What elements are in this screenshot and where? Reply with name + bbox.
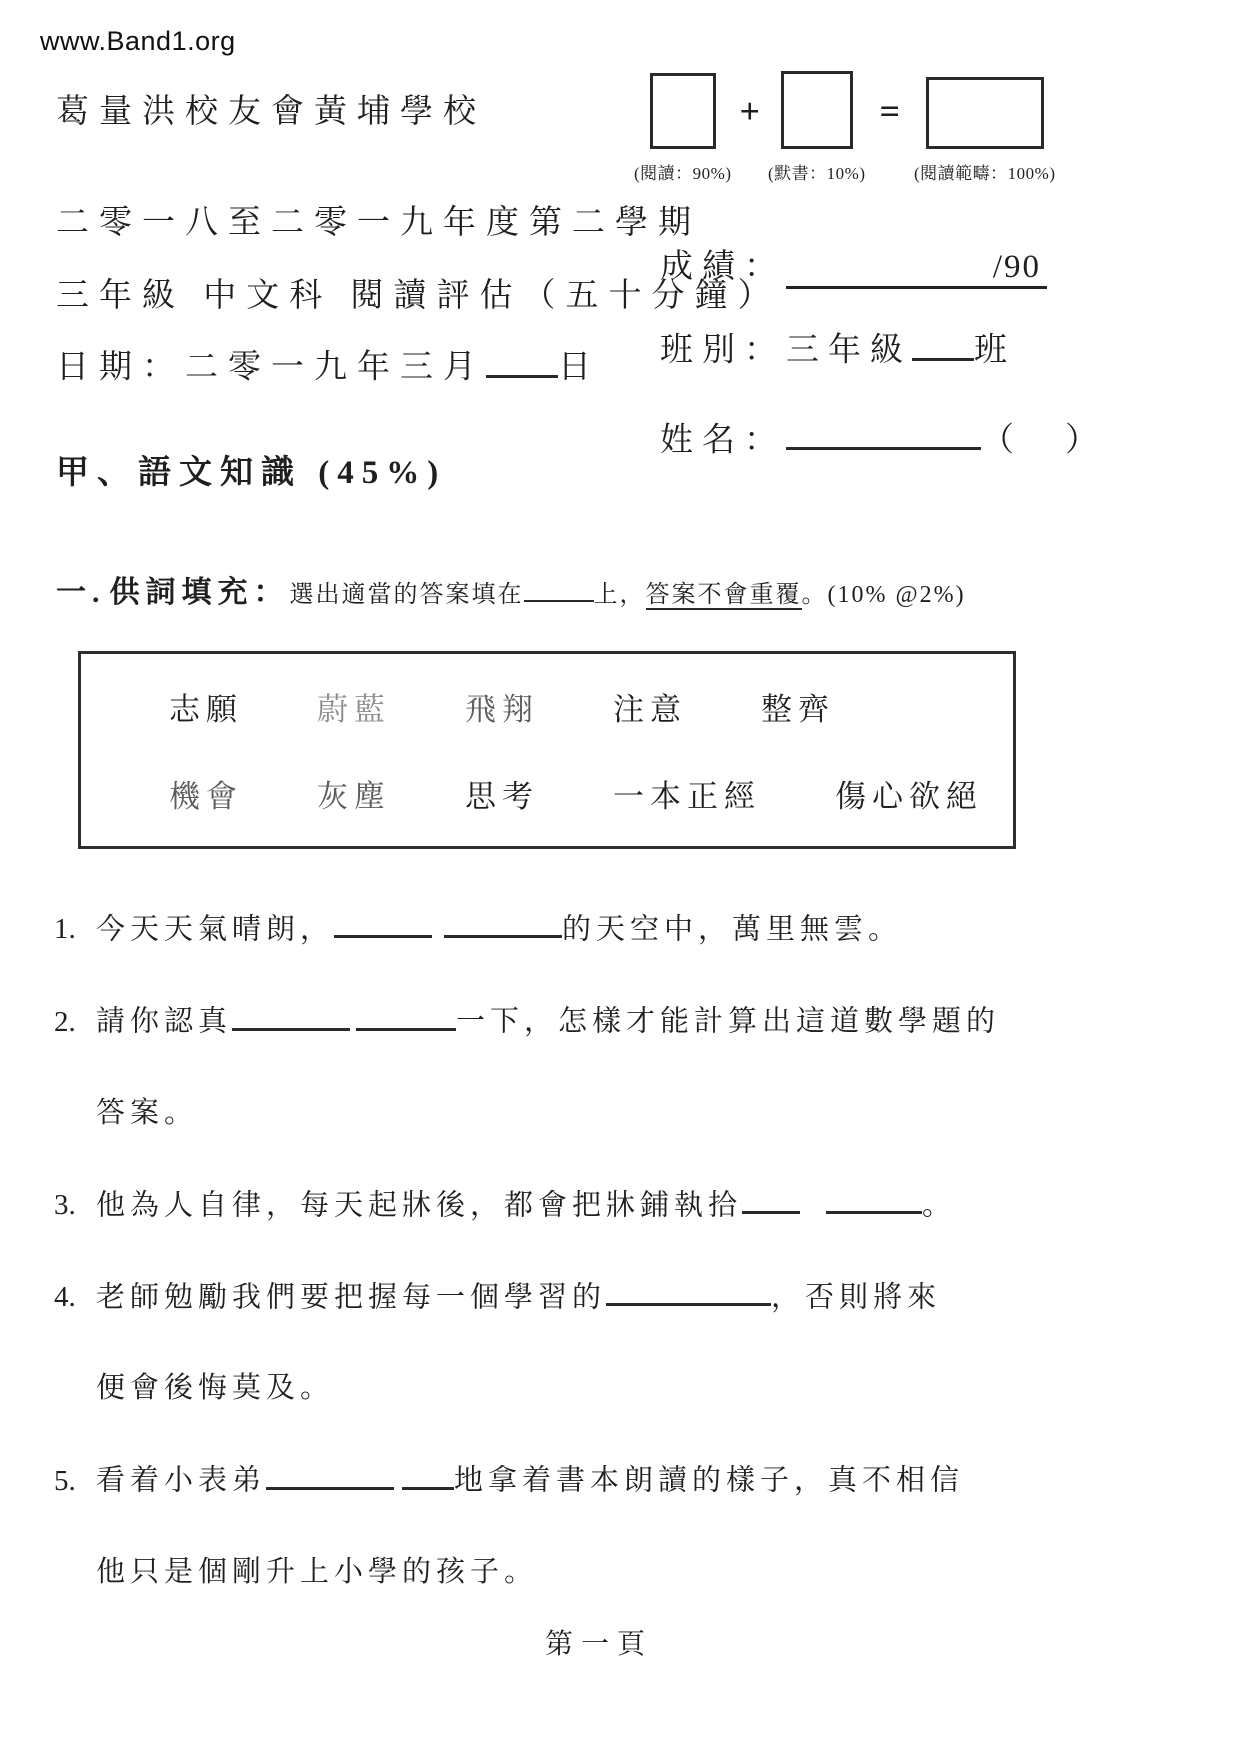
- word-bank-word: 蔚藍: [317, 684, 391, 729]
- score-field: 成績：/90: [660, 240, 1194, 289]
- name-field: 姓名：（ ）: [660, 413, 1194, 461]
- instruction-mid: 上，: [594, 582, 646, 608]
- word-bank-word: 志願: [169, 684, 243, 729]
- question-2-text: 請你認真: [96, 1006, 232, 1038]
- word-bank-word: 飛翔: [465, 684, 539, 729]
- date-suffix: 日: [558, 350, 601, 386]
- word-bank-word: 灰塵: [317, 771, 391, 816]
- question-4-continuation: 便會後悔莫及。: [96, 1365, 1200, 1406]
- name-label: 姓名：: [660, 422, 786, 458]
- score-boxes-row: (閱讀：90%) + (默書：10%) = (閱讀範疇：100%): [634, 71, 1194, 184]
- plus-sign: +: [739, 90, 760, 132]
- reading-score-label: (閱讀：90%): [634, 159, 731, 184]
- answer-blank: [742, 1181, 800, 1214]
- score-label: 成績：: [660, 249, 786, 285]
- question-5: 5.看着小表弟地拿着書本朗讀的樣子，真不相信: [54, 1456, 1200, 1498]
- question-4-text-post: ，否則將來: [771, 1281, 941, 1313]
- question-2: 2.請你認真一下，怎樣才能計算出這道數學題的: [54, 997, 1200, 1039]
- instruction-blank: [524, 583, 594, 602]
- question-2-number: 2.: [54, 1006, 96, 1039]
- question-2-continuation: 答案。: [96, 1090, 1200, 1131]
- answer-blank: [356, 997, 456, 1030]
- dictation-score-label: (默書：10%): [768, 159, 865, 184]
- date-blank: [486, 340, 558, 378]
- question-4-number: 4.: [54, 1281, 96, 1314]
- word-bank-row-2: 機會 灰塵 思考 一本正經 傷心欲絕: [169, 771, 993, 816]
- question-3-text-post: 。: [922, 1189, 956, 1221]
- answer-blank: [444, 905, 562, 938]
- answer-blank: [232, 997, 350, 1030]
- exam-paper-page: www.Band1.org 葛量洪校友會黃埔學校 二零一八至二零一九年度第二學期…: [0, 0, 1240, 1754]
- equals-sign: =: [879, 90, 900, 132]
- date-label: 日期：二零一九年三月: [56, 350, 486, 386]
- name-parens: （ ）: [981, 422, 1107, 458]
- reading-score-box: [650, 73, 716, 149]
- watermark-url: www.Band1.org: [40, 26, 1200, 57]
- question-5-text-post: 地拿着書本朗讀的樣子，真不相信: [454, 1465, 964, 1497]
- total-score-column: (閱讀範疇：100%): [914, 77, 1055, 184]
- question-3: 3.他為人自律，每天起牀後，都會把牀鋪執拾。: [54, 1181, 1200, 1223]
- class-blank: [912, 323, 974, 361]
- question-3-number: 3.: [54, 1189, 96, 1222]
- reading-score-column: (閱讀：90%): [634, 73, 731, 184]
- dictation-score-box: [781, 71, 853, 149]
- question-1-text: 今天天氣晴朗，: [96, 913, 334, 945]
- part-one-instruction: 一. 供詞填充：選出適當的答案填在上，答案不會重覆。(10% @2%): [56, 567, 1200, 611]
- question-4-text: 老師勉勵我們要把握每一個學習的: [96, 1281, 606, 1313]
- fill-in-questions: 1.今天天氣晴朗，的天空中，萬里無雲。 2.請你認真一下，怎樣才能計算出這道數學…: [54, 905, 1200, 1590]
- question-3-text: 他為人自律，每天起牀後，都會把牀鋪執拾: [96, 1189, 742, 1221]
- class-label: 班別：三年級: [660, 333, 912, 369]
- question-4: 4.老師勉勵我們要把握每一個學習的，否則將來: [54, 1273, 1200, 1315]
- name-blank: [786, 413, 981, 451]
- score-panel: (閱讀：90%) + (默書：10%) = (閱讀範疇：100%) 成績：/90…: [634, 71, 1194, 460]
- question-1-number: 1.: [54, 913, 96, 946]
- answer-blank: [606, 1273, 771, 1306]
- question-1: 1.今天天氣晴朗，的天空中，萬里無雲。: [54, 905, 1200, 947]
- page-number: 第一頁: [545, 1622, 653, 1662]
- question-5-continuation: 他只是個剛升上小學的孩子。: [96, 1549, 1200, 1590]
- part-one-number: 一.: [56, 576, 106, 609]
- word-bank-word: 注意: [613, 684, 687, 729]
- word-bank-word: 整齊: [761, 684, 835, 729]
- class-field: 班別：三年級班: [660, 323, 1194, 371]
- instruction-tail: 。(10% @2%): [802, 582, 966, 608]
- question-5-text: 看着小表弟: [96, 1465, 266, 1497]
- question-1-text-post: 的天空中，萬里無雲。: [562, 913, 902, 945]
- word-bank-word: 思考: [465, 771, 539, 816]
- answer-blank: [334, 905, 432, 938]
- exam-header: 葛量洪校友會黃埔學校 二零一八至二零一九年度第二學期 三年級 中文科 閱讀評估（…: [40, 85, 1200, 388]
- word-bank-box: 志願 蔚藍 飛翔 注意 整齊 機會 灰塵 思考 一本正經 傷心欲絕: [78, 651, 1016, 849]
- answer-blank: [266, 1456, 394, 1489]
- score-blank: /90: [786, 249, 1047, 289]
- question-2-text-post: 一下，怎樣才能計算出這道數學題的: [456, 1006, 1000, 1038]
- question-5-number: 5.: [54, 1465, 96, 1498]
- answer-blank: [826, 1181, 922, 1214]
- word-bank-word: 傷心欲絕: [835, 771, 983, 816]
- word-bank-word: 機會: [169, 771, 243, 816]
- instruction-underlined: 答案不會重覆: [646, 582, 802, 610]
- word-bank-word: 一本正經: [613, 771, 761, 816]
- dictation-score-column: (默書：10%): [768, 71, 865, 184]
- instruction-pre: 選出適當的答案填在: [290, 582, 524, 608]
- part-one-title: 供詞填充：: [110, 576, 290, 609]
- total-score-box: [926, 77, 1044, 149]
- word-bank-row-1: 志願 蔚藍 飛翔 注意 整齊: [169, 684, 993, 729]
- answer-blank: [402, 1456, 454, 1489]
- class-suffix: 班: [974, 333, 1016, 369]
- total-score-label: (閱讀範疇：100%): [914, 159, 1055, 184]
